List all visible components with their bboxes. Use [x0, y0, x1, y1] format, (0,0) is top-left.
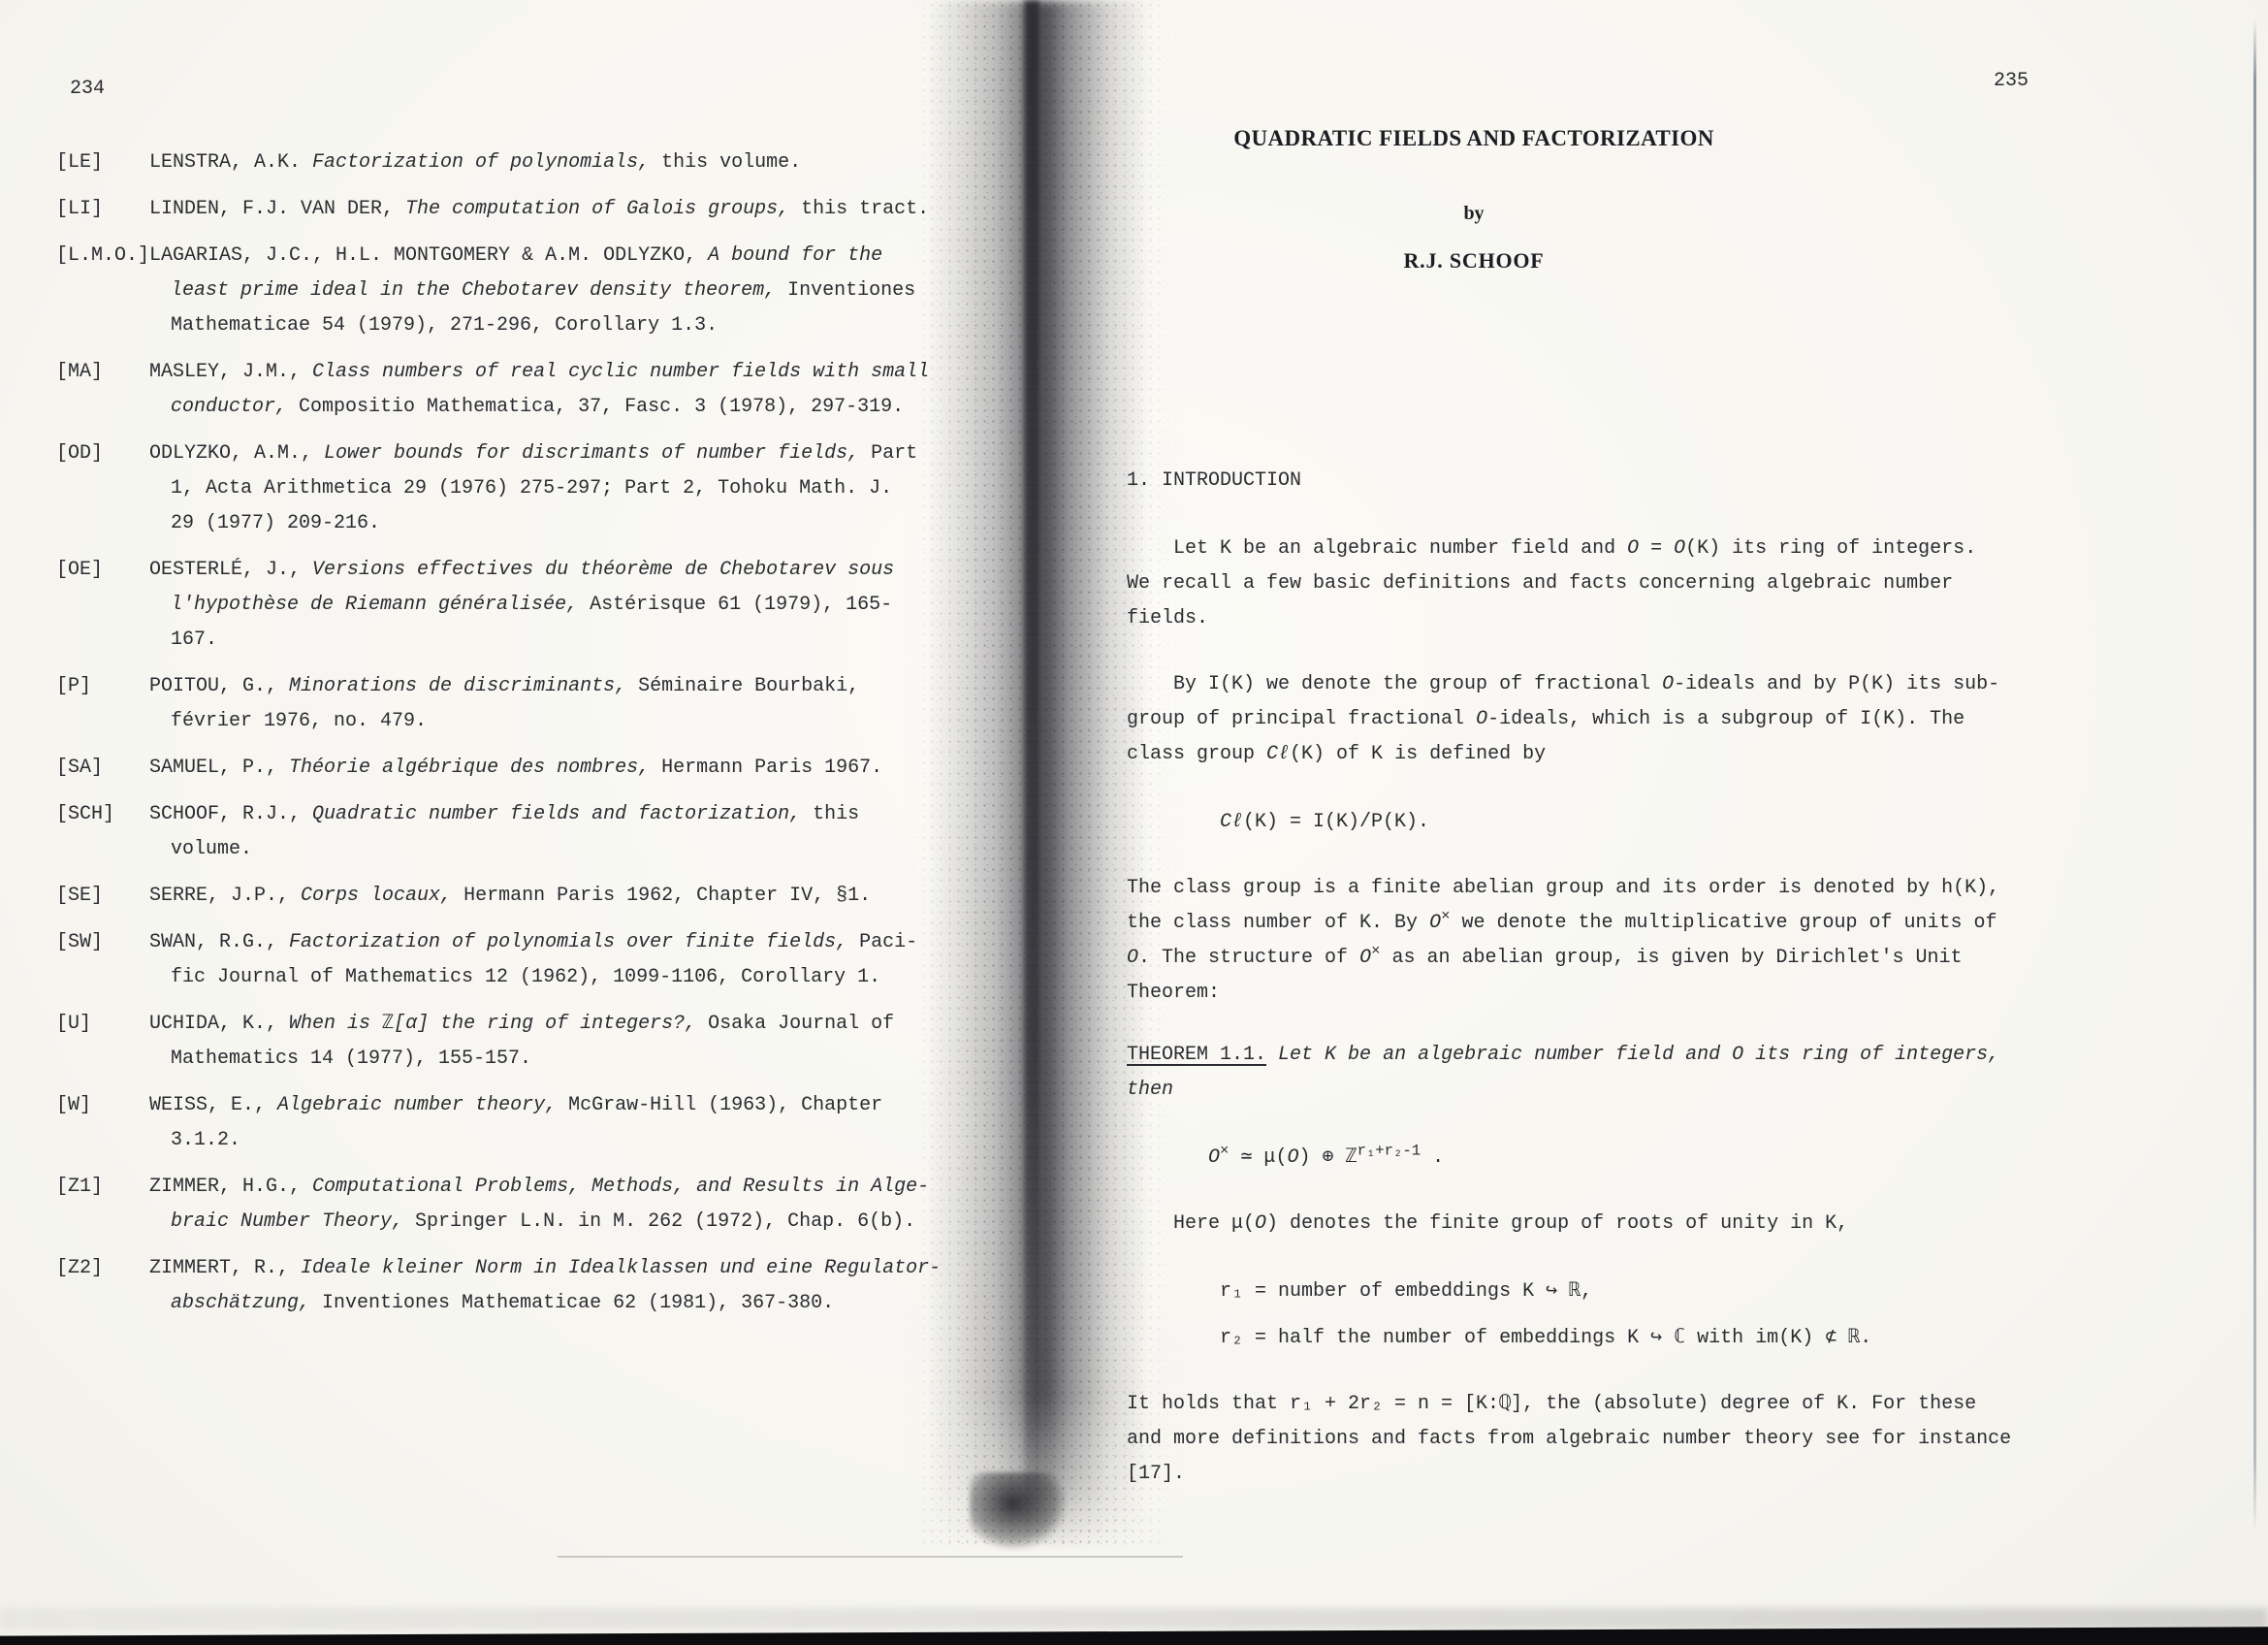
- text-segment: Mathematics 14 (1977), 155-157.: [171, 1048, 531, 1070]
- text-segment: [1127, 811, 1220, 833]
- text-segment: A bound for the: [708, 244, 882, 267]
- text-segment: Versions effectives du théorème de Chebo…: [312, 559, 894, 581]
- text-segment: Theorem:: [1127, 982, 1220, 1004]
- text-segment: then: [1127, 1079, 1173, 1101]
- text-segment: Here μ(: [1127, 1212, 1255, 1235]
- text-segment: we denote the multiplicative group of un…: [1450, 912, 1996, 934]
- text-segment: r₂ = half the number of embeddings K ↪ ℂ…: [1127, 1327, 1871, 1349]
- text-segment: .: [1421, 1146, 1444, 1169]
- text-line: group of principal fractional O-ideals, …: [1127, 702, 2116, 737]
- reference-line: février 1976, no. 479.: [149, 704, 997, 739]
- reference-label: [OD]: [56, 436, 103, 471]
- formula-block: O× ≃ μ(O) ⊕ ℤr₁+r₂-1 .: [1127, 1137, 2116, 1176]
- text-segment: conductor,: [171, 396, 287, 418]
- text-line: O× ≃ μ(O) ⊕ ℤr₁+r₂-1 .: [1127, 1141, 2116, 1176]
- text-segment: O: [1359, 947, 1371, 969]
- text-segment: SERRE, J.P.,: [149, 885, 301, 907]
- text-segment: février 1976, no. 479.: [171, 710, 427, 732]
- text-segment: When is ℤ[α] the ring of integers?,: [289, 1013, 696, 1035]
- text-segment: Mathematicae 54 (1979), 271-296, Corolla…: [171, 314, 718, 337]
- reference-entry: [W]WEISS, E., Algebraic number theory, M…: [56, 1088, 997, 1158]
- text-segment: O: [1208, 1146, 1220, 1169]
- reference-label: [SW]: [56, 925, 103, 960]
- text-segment: -ideals, which is a subgroup of I(K). Th…: [1487, 708, 1965, 730]
- text-segment: Springer L.N. in M. 262 (1972), Chap. 6(…: [403, 1210, 915, 1233]
- reference-entry: [SW]SWAN, R.G., Factorization of polynom…: [56, 925, 997, 995]
- text-line: r₁ = number of embeddings K ↪ ℝ,: [1127, 1274, 2116, 1309]
- reference-line: Mathematicae 54 (1979), 271-296, Corolla…: [149, 308, 997, 343]
- text-segment: Inventiones: [776, 279, 915, 302]
- text-segment: Inventiones Mathematicae 62 (1981), 367-…: [310, 1292, 834, 1314]
- text-segment: Théorie algébrique des nombres,: [289, 757, 650, 779]
- reference-line: l'hypothèse de Riemann généralisée, Asté…: [149, 588, 997, 623]
- reference-label: [SA]: [56, 751, 103, 786]
- text-segment: It holds that r₁ + 2r₂ = n = [K:ℚ], the …: [1127, 1393, 1976, 1415]
- text-line: the class number of K. By O× we denote t…: [1127, 906, 2116, 941]
- paragraph-block: It holds that r₁ + 2r₂ = n = [K:ℚ], the …: [1127, 1387, 2116, 1492]
- reference-line: POITOU, G., Minorations de discriminants…: [149, 669, 997, 704]
- text-segment: this tract.: [789, 198, 929, 220]
- text-segment: Part: [859, 442, 917, 465]
- text-segment: this volume.: [650, 151, 801, 174]
- reference-label: [Z2]: [56, 1251, 103, 1286]
- reference-entry: [LI]LINDEN, F.J. VAN DER, The computatio…: [56, 192, 997, 227]
- text-segment: r₁ = number of embeddings K ↪ ℝ,: [1127, 1280, 1592, 1303]
- text-segment: . The structure of: [1138, 947, 1359, 969]
- reference-line: ODLYZKO, A.M., Lower bounds for discrima…: [149, 436, 997, 471]
- reference-entry: [Z1]ZIMMER, H.G., Computational Problems…: [56, 1170, 997, 1240]
- reference-lines: LAGARIAS, J.C., H.L. MONTGOMERY & A.M. O…: [149, 239, 997, 343]
- text-segment: [1127, 1146, 1208, 1169]
- introduction-text: Let K be an algebraic number field and O…: [1127, 499, 2116, 1492]
- text-segment: ZIMMER, H.G.,: [149, 1176, 312, 1198]
- reference-label: [U]: [56, 1007, 91, 1042]
- paragraph-block: Here μ(O) denotes the finite group of ro…: [1127, 1207, 2116, 1242]
- text-segment: Astérisque 61 (1979), 165-: [578, 594, 892, 616]
- left-page-bottom-edge: [558, 1556, 1183, 1558]
- text-segment: r₁+r₂-1: [1358, 1142, 1421, 1159]
- text-segment: Let K be an algebraic number field and: [1127, 537, 1627, 560]
- text-segment: O: [1476, 708, 1487, 730]
- text-segment: abschätzung,: [171, 1292, 310, 1314]
- reference-lines: ZIMMERT, R., Ideale kleiner Norm in Idea…: [149, 1251, 997, 1321]
- reference-line: fic Journal of Mathematics 12 (1962), 10…: [149, 960, 997, 995]
- reference-line: 167.: [149, 623, 997, 658]
- reference-line: 1, Acta Arithmetica 29 (1976) 275-297; P…: [149, 471, 997, 506]
- reference-label: [LE]: [56, 145, 103, 180]
- reference-line: volume.: [149, 832, 997, 867]
- text-segment: (K) of K is defined by: [1290, 743, 1546, 765]
- text-segment: 3.1.2.: [171, 1129, 240, 1151]
- text-segment: [17].: [1127, 1463, 1185, 1485]
- text-segment: l'hypothèse de Riemann généralisée,: [171, 594, 578, 616]
- reference-label: [SE]: [56, 879, 103, 914]
- text-segment: McGraw-Hill (1963), Chapter: [557, 1094, 882, 1116]
- section-heading: 1. INTRODUCTION: [1127, 464, 1301, 499]
- text-segment: The computation of Galois groups,: [405, 198, 789, 220]
- text-segment: -ideals and by P(K) its sub-: [1674, 673, 1999, 695]
- text-segment: ≃ μ(: [1229, 1146, 1287, 1169]
- text-line: and more definitions and facts from alge…: [1127, 1422, 2116, 1457]
- text-segment: The class group is a finite abelian grou…: [1127, 877, 1999, 899]
- binding-crease-line: [1024, 0, 1039, 1537]
- text-line: Here μ(O) denotes the finite group of ro…: [1127, 1207, 2116, 1242]
- reference-label: [OE]: [56, 553, 103, 588]
- byline: by: [1123, 203, 1825, 225]
- text-segment: O: [1674, 537, 1685, 560]
- text-segment: ZIMMERT, R.,: [149, 1257, 301, 1279]
- references-list: [LE]LENSTRA, A.K. Factorization of polyn…: [56, 145, 997, 1333]
- text-line: [17].: [1127, 1457, 2116, 1492]
- text-segment: O: [1662, 673, 1674, 695]
- reference-line: SCHOOF, R.J., Quadratic number fields an…: [149, 797, 997, 832]
- reference-entry: [U]UCHIDA, K., When is ℤ[α] the ring of …: [56, 1007, 997, 1077]
- text-segment: LINDEN, F.J. VAN DER,: [149, 198, 405, 220]
- text-line: O. The structure of O× as an abelian gro…: [1127, 941, 2116, 976]
- text-segment: braic Number Theory,: [171, 1210, 403, 1233]
- text-line: We recall a few basic definitions and fa…: [1127, 566, 2116, 601]
- text-line: By I(K) we denote the group of fractiona…: [1127, 667, 2116, 702]
- text-segment: Hermann Paris 1967.: [650, 757, 882, 779]
- reference-line: least prime ideal in the Chebotarev dens…: [149, 274, 997, 308]
- text-segment: and more definitions and facts from alge…: [1127, 1428, 2011, 1450]
- text-segment: ODLYZKO, A.M.,: [149, 442, 324, 465]
- reference-label: [P]: [56, 669, 91, 704]
- text-segment: O: [1287, 1146, 1298, 1169]
- scan-bottom-black-band: [0, 1620, 2268, 1645]
- reference-line: ZIMMERT, R., Ideale kleiner Norm in Idea…: [149, 1251, 997, 1286]
- reference-label: [Z1]: [56, 1170, 103, 1205]
- text-segment: Factorization of polynomials over finite…: [289, 931, 847, 953]
- text-segment: Class numbers of real cyclic number fiel…: [312, 361, 929, 383]
- text-segment: SWAN, R.G.,: [149, 931, 289, 953]
- reference-line: LAGARIAS, J.C., H.L. MONTGOMERY & A.M. O…: [149, 239, 997, 274]
- reference-lines: ODLYZKO, A.M., Lower bounds for discrima…: [149, 436, 997, 541]
- reference-lines: OESTERLÉ, J., Versions effectives du thé…: [149, 553, 997, 658]
- reference-entry: [P]POITOU, G., Minorations de discrimina…: [56, 669, 997, 739]
- reference-entry: [OD]ODLYZKO, A.M., Lower bounds for disc…: [56, 436, 997, 541]
- reference-entry: [SE]SERRE, J.P., Corps locaux, Hermann P…: [56, 879, 997, 914]
- text-line: The class group is a finite abelian grou…: [1127, 871, 2116, 906]
- reference-line: MASLEY, J.M., Class numbers of real cycl…: [149, 355, 997, 390]
- text-line: It holds that r₁ + 2r₂ = n = [K:ℚ], the …: [1127, 1387, 2116, 1422]
- binding-shadow-tail: [970, 1472, 1067, 1550]
- text-segment: SCHOOF, R.J.,: [149, 803, 312, 825]
- paper-title: QUADRATIC FIELDS AND FACTORIZATION: [1123, 126, 1825, 151]
- reference-line: 29 (1977) 209-216.: [149, 506, 997, 541]
- reference-label: [L.M.O.]: [56, 239, 149, 274]
- reference-line: SAMUEL, P., Théorie algébrique des nombr…: [149, 751, 997, 786]
- text-segment: Paci-: [847, 931, 917, 953]
- text-segment: Séminaire Bourbaki,: [626, 675, 859, 697]
- reference-label: [W]: [56, 1088, 91, 1123]
- text-segment: the class number of K. By: [1127, 912, 1429, 934]
- text-segment: fields.: [1127, 607, 1208, 629]
- text-segment: THEOREM 1.1.: [1127, 1044, 1266, 1066]
- text-segment: ) denotes the finite group of roots of u…: [1266, 1212, 1848, 1235]
- text-segment: Compositio Mathematica, 37, Fasc. 3 (197…: [287, 396, 904, 418]
- paragraph-block: By I(K) we denote the group of fractiona…: [1127, 667, 2116, 772]
- text-segment: We recall a few basic definitions and fa…: [1127, 572, 1953, 595]
- reference-lines: SWAN, R.G., Factorization of polynomials…: [149, 925, 997, 995]
- text-segment: Factorization of polynomials,: [312, 151, 650, 174]
- reference-lines: SAMUEL, P., Théorie algébrique des nombr…: [149, 751, 997, 786]
- text-segment: fic Journal of Mathematics 12 (1962), 10…: [171, 966, 880, 988]
- reference-label: [LI]: [56, 192, 103, 227]
- reference-line: conductor, Compositio Mathematica, 37, F…: [149, 390, 997, 425]
- text-segment: O: [1255, 1212, 1266, 1235]
- text-segment: By I(K) we denote the group of fractiona…: [1127, 673, 1662, 695]
- reference-line: LENSTRA, A.K. Factorization of polynomia…: [149, 145, 997, 180]
- reference-lines: ZIMMER, H.G., Computational Problems, Me…: [149, 1170, 997, 1240]
- text-segment: O: [1627, 537, 1639, 560]
- reference-lines: SCHOOF, R.J., Quadratic number fields an…: [149, 797, 997, 867]
- text-segment: Corps locaux,: [301, 885, 452, 907]
- text-segment: Ideale kleiner Norm in Idealklassen und …: [301, 1257, 941, 1279]
- text-line: r₂ = half the number of embeddings K ↪ ℂ…: [1127, 1321, 2116, 1356]
- reference-label: [MA]: [56, 355, 103, 390]
- text-segment: Hermann Paris 1962, Chapter IV, §1.: [452, 885, 871, 907]
- text-segment: OESTERLÉ, J.,: [149, 559, 312, 581]
- text-line: fields.: [1127, 601, 2116, 636]
- text-segment: this: [801, 803, 859, 825]
- text-segment: SAMUEL, P.,: [149, 757, 289, 779]
- paragraph-block: The class group is a finite abelian grou…: [1127, 871, 2116, 1011]
- text-segment: WEISS, E.,: [149, 1094, 277, 1116]
- text-segment: 29 (1977) 209-216.: [171, 512, 380, 534]
- reference-entry: [Z2]ZIMMERT, R., Ideale kleiner Norm in …: [56, 1251, 997, 1321]
- reference-lines: LINDEN, F.J. VAN DER, The computation of…: [149, 192, 997, 227]
- text-segment: Cℓ: [1266, 743, 1290, 765]
- text-segment: Minorations de discriminants,: [289, 675, 626, 697]
- reference-line: Mathematics 14 (1977), 155-157.: [149, 1042, 997, 1077]
- formula-block: Cℓ(K) = I(K)/P(K).: [1127, 801, 2116, 840]
- reference-lines: SERRE, J.P., Corps locaux, Hermann Paris…: [149, 879, 997, 914]
- reference-lines: MASLEY, J.M., Class numbers of real cycl…: [149, 355, 997, 425]
- reference-line: braic Number Theory, Springer L.N. in M.…: [149, 1205, 997, 1240]
- text-segment: 167.: [171, 629, 217, 651]
- scan-bottom-smear: [0, 1608, 2268, 1629]
- text-segment: Quadratic number fields and factorizatio…: [312, 803, 801, 825]
- reference-line: OESTERLÉ, J., Versions effectives du thé…: [149, 553, 997, 588]
- text-line: then: [1127, 1073, 2116, 1108]
- reference-line: UCHIDA, K., When is ℤ[α] the ring of int…: [149, 1007, 997, 1042]
- text-segment: Computational Problems, Methods, and Res…: [312, 1176, 929, 1198]
- text-segment: Let K be an algebraic number field and O…: [1278, 1044, 1999, 1066]
- text-segment: (K) = I(K)/P(K).: [1243, 811, 1429, 833]
- text-segment: LENSTRA, A.K.: [149, 151, 312, 174]
- text-segment: [1266, 1044, 1278, 1066]
- right-page-edge-line: [2253, 19, 2256, 1532]
- text-line: Let K be an algebraic number field and O…: [1127, 532, 2116, 566]
- reference-line: abschätzung, Inventiones Mathematicae 62…: [149, 1286, 997, 1321]
- reference-line: 3.1.2.: [149, 1123, 997, 1158]
- author-name: R.J. SCHOOF: [1123, 248, 1825, 274]
- text-segment: class group: [1127, 743, 1266, 765]
- text-segment: (K) its ring of integers.: [1685, 537, 1976, 560]
- text-segment: UCHIDA, K.,: [149, 1013, 289, 1035]
- text-segment: 1, Acta Arithmetica 29 (1976) 275-297; P…: [171, 477, 892, 500]
- text-line: class group Cℓ(K) of K is defined by: [1127, 737, 2116, 772]
- text-segment: ) ⊕ ℤ: [1298, 1146, 1357, 1169]
- reference-line: WEISS, E., Algebraic number theory, McGr…: [149, 1088, 997, 1123]
- reference-line: ZIMMER, H.G., Computational Problems, Me…: [149, 1170, 997, 1205]
- text-segment: LAGARIAS, J.C., H.L. MONTGOMERY & A.M. O…: [149, 244, 708, 267]
- text-segment: O: [1127, 947, 1138, 969]
- text-segment: least prime ideal in the Chebotarev dens…: [171, 279, 776, 302]
- text-segment: as an abelian group, is given by Dirichl…: [1380, 947, 1962, 969]
- text-segment: POITOU, G.,: [149, 675, 289, 697]
- text-segment: volume.: [171, 838, 252, 860]
- title-block: QUADRATIC FIELDS AND FACTORIZATION by R.…: [1123, 126, 1825, 274]
- reference-label: [SCH]: [56, 797, 114, 832]
- reference-entry: [SA]SAMUEL, P., Théorie algébrique des n…: [56, 751, 997, 786]
- text-segment: O: [1429, 912, 1441, 934]
- text-segment: ×: [1220, 1142, 1229, 1159]
- text-segment: Osaka Journal of: [696, 1013, 894, 1035]
- paragraph-block: Let K be an algebraic number field and O…: [1127, 532, 2116, 636]
- text-line: Theorem:: [1127, 976, 2116, 1011]
- reference-line: LINDEN, F.J. VAN DER, The computation of…: [149, 192, 997, 227]
- right-page-number: 235: [1994, 70, 2028, 93]
- reference-entry: [LE]LENSTRA, A.K. Factorization of polyn…: [56, 145, 997, 180]
- paragraph-block: THEOREM 1.1. Let K be an algebraic numbe…: [1127, 1038, 2116, 1108]
- left-page-number: 234: [70, 78, 105, 101]
- text-segment: Cℓ: [1220, 811, 1243, 833]
- text-line: Cℓ(K) = I(K)/P(K).: [1127, 805, 2116, 840]
- reference-entry: [MA]MASLEY, J.M., Class numbers of real …: [56, 355, 997, 425]
- reference-lines: LENSTRA, A.K. Factorization of polynomia…: [149, 145, 997, 180]
- text-segment: =: [1639, 537, 1674, 560]
- reference-entry: [L.M.O.]LAGARIAS, J.C., H.L. MONTGOMERY …: [56, 239, 997, 343]
- text-segment: MASLEY, J.M.,: [149, 361, 312, 383]
- reference-entry: [OE]OESTERLÉ, J., Versions effectives du…: [56, 553, 997, 658]
- reference-line: SERRE, J.P., Corps locaux, Hermann Paris…: [149, 879, 997, 914]
- reference-lines: WEISS, E., Algebraic number theory, McGr…: [149, 1088, 997, 1158]
- text-segment: group of principal fractional: [1127, 708, 1476, 730]
- reference-line: SWAN, R.G., Factorization of polynomials…: [149, 925, 997, 960]
- paragraph-block: r₂ = half the number of embeddings K ↪ ℂ…: [1127, 1321, 2116, 1356]
- paragraph-block: r₁ = number of embeddings K ↪ ℝ,: [1127, 1274, 2116, 1309]
- text-line: THEOREM 1.1. Let K be an algebraic numbe…: [1127, 1038, 2116, 1073]
- reference-lines: UCHIDA, K., When is ℤ[α] the ring of int…: [149, 1007, 997, 1077]
- text-segment: Lower bounds for discrimants of number f…: [324, 442, 859, 465]
- text-segment: Algebraic number theory,: [277, 1094, 557, 1116]
- reference-entry: [SCH]SCHOOF, R.J., Quadratic number fiel…: [56, 797, 997, 867]
- reference-lines: POITOU, G., Minorations de discriminants…: [149, 669, 997, 739]
